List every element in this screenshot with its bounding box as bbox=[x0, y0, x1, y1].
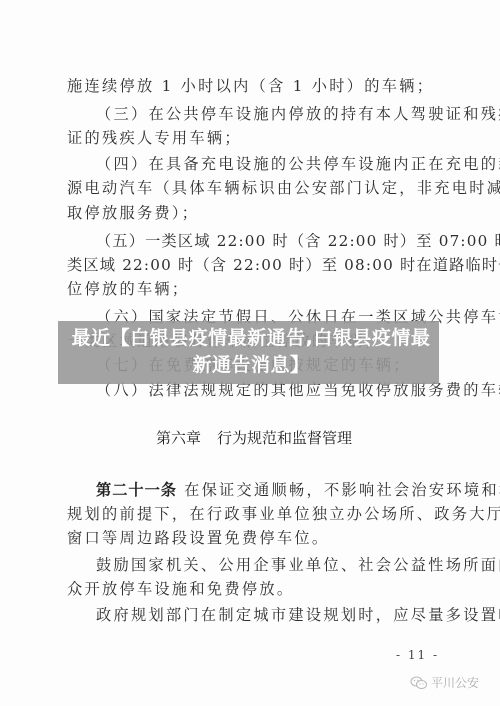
chapter-heading: 第六章行为规范和监督管理 bbox=[0, 428, 500, 448]
article-text: 在保证交通顺畅，不影响社会治安环境和城市 bbox=[184, 481, 500, 499]
overlay-title: 最近【白银县疫情最新通告,白银县疫情最新通告消息】 bbox=[66, 325, 436, 379]
text-line: 取停放服务费）； bbox=[67, 203, 199, 223]
text-line: 位停放的车辆； bbox=[67, 279, 189, 299]
text-line: 源电动汽车（具体车辆标识由公安部门认定，非充电时减半收 bbox=[67, 178, 500, 198]
page-number: - 11 - bbox=[396, 648, 439, 662]
text-line: 众开放停车设施和免费停放。 bbox=[67, 579, 294, 599]
watermark: 平川公安 bbox=[410, 674, 479, 691]
wechat-icon bbox=[410, 676, 428, 690]
text-line: 施连续停放 1 小时以内（含 1 小时）的车辆； bbox=[67, 76, 434, 96]
text-line: 类区域 22:00 时（含 22:00 时）至 08:00 时在道路临时停车泊 bbox=[67, 255, 500, 275]
watermark-text: 平川公安 bbox=[431, 674, 479, 691]
text-line: 鼓励国家机关、公用企事业单位、社会公益性场所面向公 bbox=[96, 555, 500, 575]
text-line: （三）在公共停车设施内停放的持有本人驾驶证和残疾人 bbox=[96, 104, 500, 124]
text-line: （四）在具备充电设施的公共停车设施内正在充电的新能 bbox=[96, 154, 500, 174]
text-line: 窗口等周边路段设置免费停车位。 bbox=[67, 528, 329, 548]
text-line: 政府规划部门在制定城市建设规划时，应尽量多设置临时 bbox=[96, 605, 500, 625]
text-line: 证的残疾人专用车辆； bbox=[67, 128, 242, 148]
text-line: （五）一类区域 22:00 时（含 22:00 时）至 07:00 时、二 bbox=[96, 231, 500, 251]
article-label: 第二十一条 bbox=[96, 481, 177, 499]
chapter-number: 第六章 bbox=[156, 429, 201, 447]
chapter-title: 行为规范和监督管理 bbox=[217, 429, 352, 447]
article-first-line: 第二十一条 在保证交通顺畅，不影响社会治安环境和城市 bbox=[96, 480, 500, 500]
text-line: 规划的前提下，在行政事业单位独立办公场所、政务大厅办事 bbox=[67, 504, 500, 524]
